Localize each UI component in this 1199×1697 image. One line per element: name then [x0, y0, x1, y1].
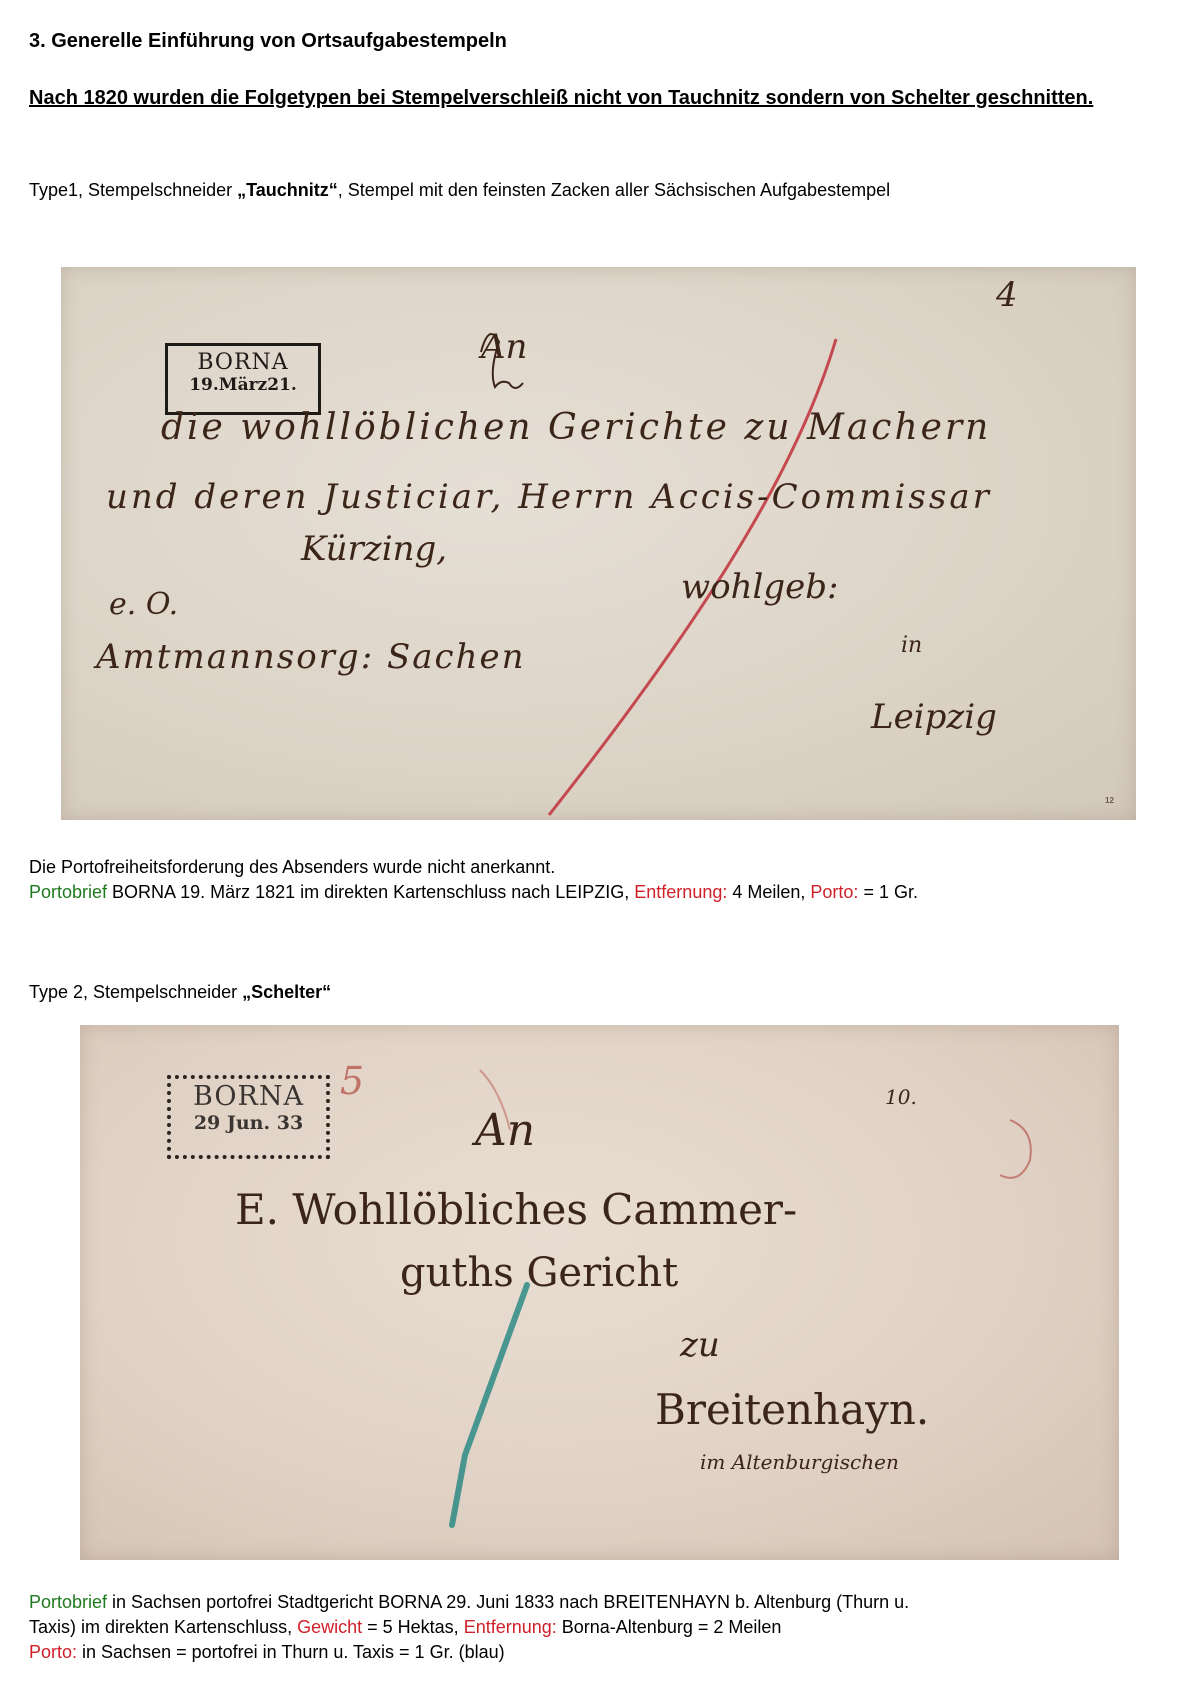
label-porto: Porto:	[810, 882, 858, 902]
caption-text: = 5 Hektas,	[362, 1617, 464, 1637]
address-line: im Altenburgischen	[700, 1450, 899, 1474]
caption-text: in Sachsen = portofrei in Thurn u. Taxis…	[77, 1642, 505, 1662]
type1-name: „Tauchnitz“	[237, 180, 338, 200]
address-line: An	[481, 327, 527, 367]
caption-text: in Sachsen portofrei Stadtgericht BORNA …	[107, 1592, 909, 1612]
label-porto: Porto:	[29, 1642, 77, 1662]
postmark-borna-type1: BORNA 19.März21.	[165, 343, 321, 415]
letter-image-borna-1833: BORNA 29 Jun. 33 5 10. An E. Wohllöblich…	[80, 1025, 1119, 1560]
address-line: guths Gericht	[400, 1250, 678, 1296]
address-line: Kürzing,	[301, 529, 447, 569]
address-line: in	[901, 633, 922, 658]
caption1-line2: Portobrief BORNA 19. März 1821 im direkt…	[29, 880, 1169, 905]
label-portobrief: Portobrief	[29, 882, 107, 902]
red-rate-mark: 5	[340, 1059, 364, 1103]
address-line: und deren Justiciar, Herrn Accis-Commiss…	[106, 477, 992, 517]
type1-description: Type1, Stempelschneider „Tauchnitz“, Ste…	[29, 180, 890, 201]
caption1-line1: Die Portofreiheitsforderung des Absender…	[29, 855, 1169, 880]
type1-prefix: Type1, Stempelschneider	[29, 180, 237, 200]
address-line: An	[475, 1105, 535, 1156]
address-line: Amtmannsorg: Sachen	[96, 637, 525, 677]
stamp-date: 29 Jun. 33	[171, 1112, 326, 1134]
caption2-line1: Portobrief in Sachsen portofrei Stadtger…	[29, 1590, 1169, 1615]
caption-text: = 1 Gr.	[858, 882, 918, 902]
label-portobrief: Portobrief	[29, 1592, 107, 1612]
type2-prefix: Type 2, Stempelschneider	[29, 982, 242, 1002]
address-line: zu	[680, 1325, 720, 1365]
label-entfernung: Entfernung:	[634, 882, 727, 902]
label-gewicht: Gewicht	[297, 1617, 362, 1637]
page-heading: 3. Generelle Einführung von Ortsaufgabes…	[29, 30, 507, 53]
corner-number-mark: 10.	[885, 1085, 917, 1109]
caption-text: 4 Meilen,	[727, 882, 810, 902]
lead-statement: Nach 1820 wurden die Folgetypen bei Stem…	[29, 86, 1179, 111]
type2-description: Type 2, Stempelschneider „Schelter“	[29, 982, 331, 1003]
type1-suffix: , Stempel mit den feinsten Zacken aller …	[338, 180, 890, 200]
caption2-line2: Taxis) im direkten Kartenschluss, Gewich…	[29, 1615, 1169, 1640]
address-line: Breitenhayn.	[655, 1385, 929, 1434]
address-line: E. Wohllöbliches Cammer-	[235, 1185, 797, 1234]
stamp-date: 19.März21.	[168, 375, 318, 395]
corner-number-mark: 4	[996, 275, 1018, 315]
address-line: wohlgeb:	[681, 567, 838, 607]
page-number: 12	[1105, 796, 1114, 805]
caption-text: Taxis) im direkten Kartenschluss,	[29, 1617, 297, 1637]
postmark-borna-type2: BORNA 29 Jun. 33	[167, 1075, 330, 1159]
address-line: die wohllöblichen Gerichte zu Machern	[161, 407, 991, 448]
type2-name: „Schelter“	[242, 982, 331, 1002]
caption-text: Borna-Altenburg = 2 Meilen	[557, 1617, 782, 1637]
letter-image-borna-1821: BORNA 19.März21. 4 An die wohllöblichen …	[61, 267, 1136, 820]
stamp-town: BORNA	[171, 1081, 326, 1112]
caption2-line3: Porto: in Sachsen = portofrei in Thurn u…	[29, 1640, 1169, 1665]
address-line: e. O.	[109, 587, 178, 622]
stamp-town: BORNA	[168, 350, 318, 375]
address-line: Leipzig	[871, 697, 997, 737]
caption-text: BORNA 19. März 1821 im direkten Kartensc…	[107, 882, 634, 902]
label-entfernung: Entfernung:	[464, 1617, 557, 1637]
